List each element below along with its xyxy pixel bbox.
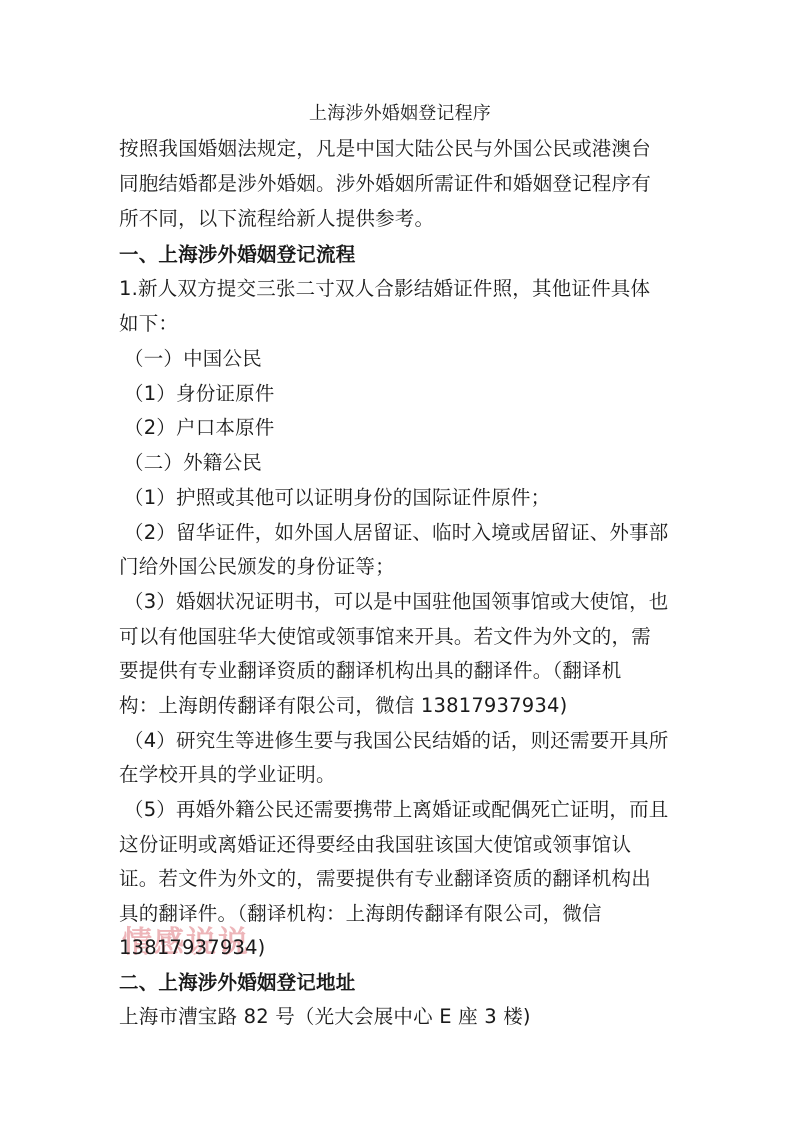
foreign-item-2-line-1: （2）留华证件，如外国人居留证、临时入境或居留证、外事部 bbox=[124, 521, 669, 545]
foreign-item-3-line-2: 可以有他国驻华大使馆或领事馆来开具。若文件为外文的，需 bbox=[119, 625, 651, 649]
foreign-item-4-line-2: 在学校开具的学业证明。 bbox=[119, 763, 336, 787]
step-1-line-2: 如下： bbox=[119, 312, 178, 336]
foreign-item-3-line-4: 构：上海朗传翻译有限公司，微信 13817937934) bbox=[119, 694, 567, 718]
foreign-item-2-line-2: 门给外国公民颁发的身份证等； bbox=[119, 555, 395, 579]
intro-line-3: 所不同，以下流程给新人提供参考。 bbox=[119, 207, 434, 231]
step-1-line-1: 1.新人双方提交三张二寸双人合影结婚证件照，其他证件具体 bbox=[119, 277, 650, 301]
section-1-heading: 一、上海涉外婚姻登记流程 bbox=[119, 243, 355, 267]
foreign-item-4-line-1: （4）研究生等进修生要与我国公民结婚的话，则还需要开具所 bbox=[124, 729, 669, 753]
document-page: 上海涉外婚姻登记程序 按照我国婚姻法规定，凡是中国大陆公民与外国公民或港澳台 同… bbox=[0, 0, 800, 1132]
foreign-item-1-line-1: （1）护照或其他可以证明身份的国际证件原件； bbox=[124, 486, 550, 510]
document-title: 上海涉外婚姻登记程序 bbox=[0, 102, 800, 126]
chinese-citizen-item-1: （1）身份证原件 bbox=[124, 382, 275, 406]
foreign-item-5-line-5: 13817937934) bbox=[119, 936, 265, 960]
foreign-item-5-line-1: （5）再婚外籍公民还需要携带上离婚证或配偶死亡证明，而且 bbox=[124, 798, 669, 822]
foreign-item-5-line-3: 证。若文件为外文的，需要提供有专业翻译资质的翻译机构出 bbox=[119, 867, 651, 891]
intro-line-1: 按照我国婚姻法规定，凡是中国大陆公民与外国公民或港澳台 bbox=[119, 137, 651, 161]
registration-address: 上海市漕宝路 82 号（光大会展中心 E 座 3 楼) bbox=[119, 1005, 531, 1029]
foreign-item-3-line-3: 要提供有专业翻译资质的翻译机构出具的翻译件。（翻译机 bbox=[119, 659, 621, 683]
foreign-item-5-line-2: 这份证明或离婚证还得要经由我国驻该国大使馆或领事馆认 bbox=[119, 833, 631, 857]
foreign-item-5-line-4: 具的翻译件。（翻译机构：上海朗传翻译有限公司，微信 bbox=[119, 902, 602, 926]
foreign-citizen-label: （二）外籍公民 bbox=[124, 451, 262, 475]
chinese-citizen-item-2: （2）户口本原件 bbox=[124, 416, 275, 440]
chinese-citizen-label: （一）中国公民 bbox=[124, 347, 262, 371]
section-2-heading: 二、上海涉外婚姻登记地址 bbox=[119, 971, 355, 995]
foreign-item-3-line-1: （3）婚姻状况证明书，可以是中国驻他国领事馆或大使馆，也 bbox=[124, 590, 669, 614]
intro-line-2: 同胞结婚都是涉外婚姻。涉外婚姻所需证件和婚姻登记程序有 bbox=[119, 172, 651, 196]
